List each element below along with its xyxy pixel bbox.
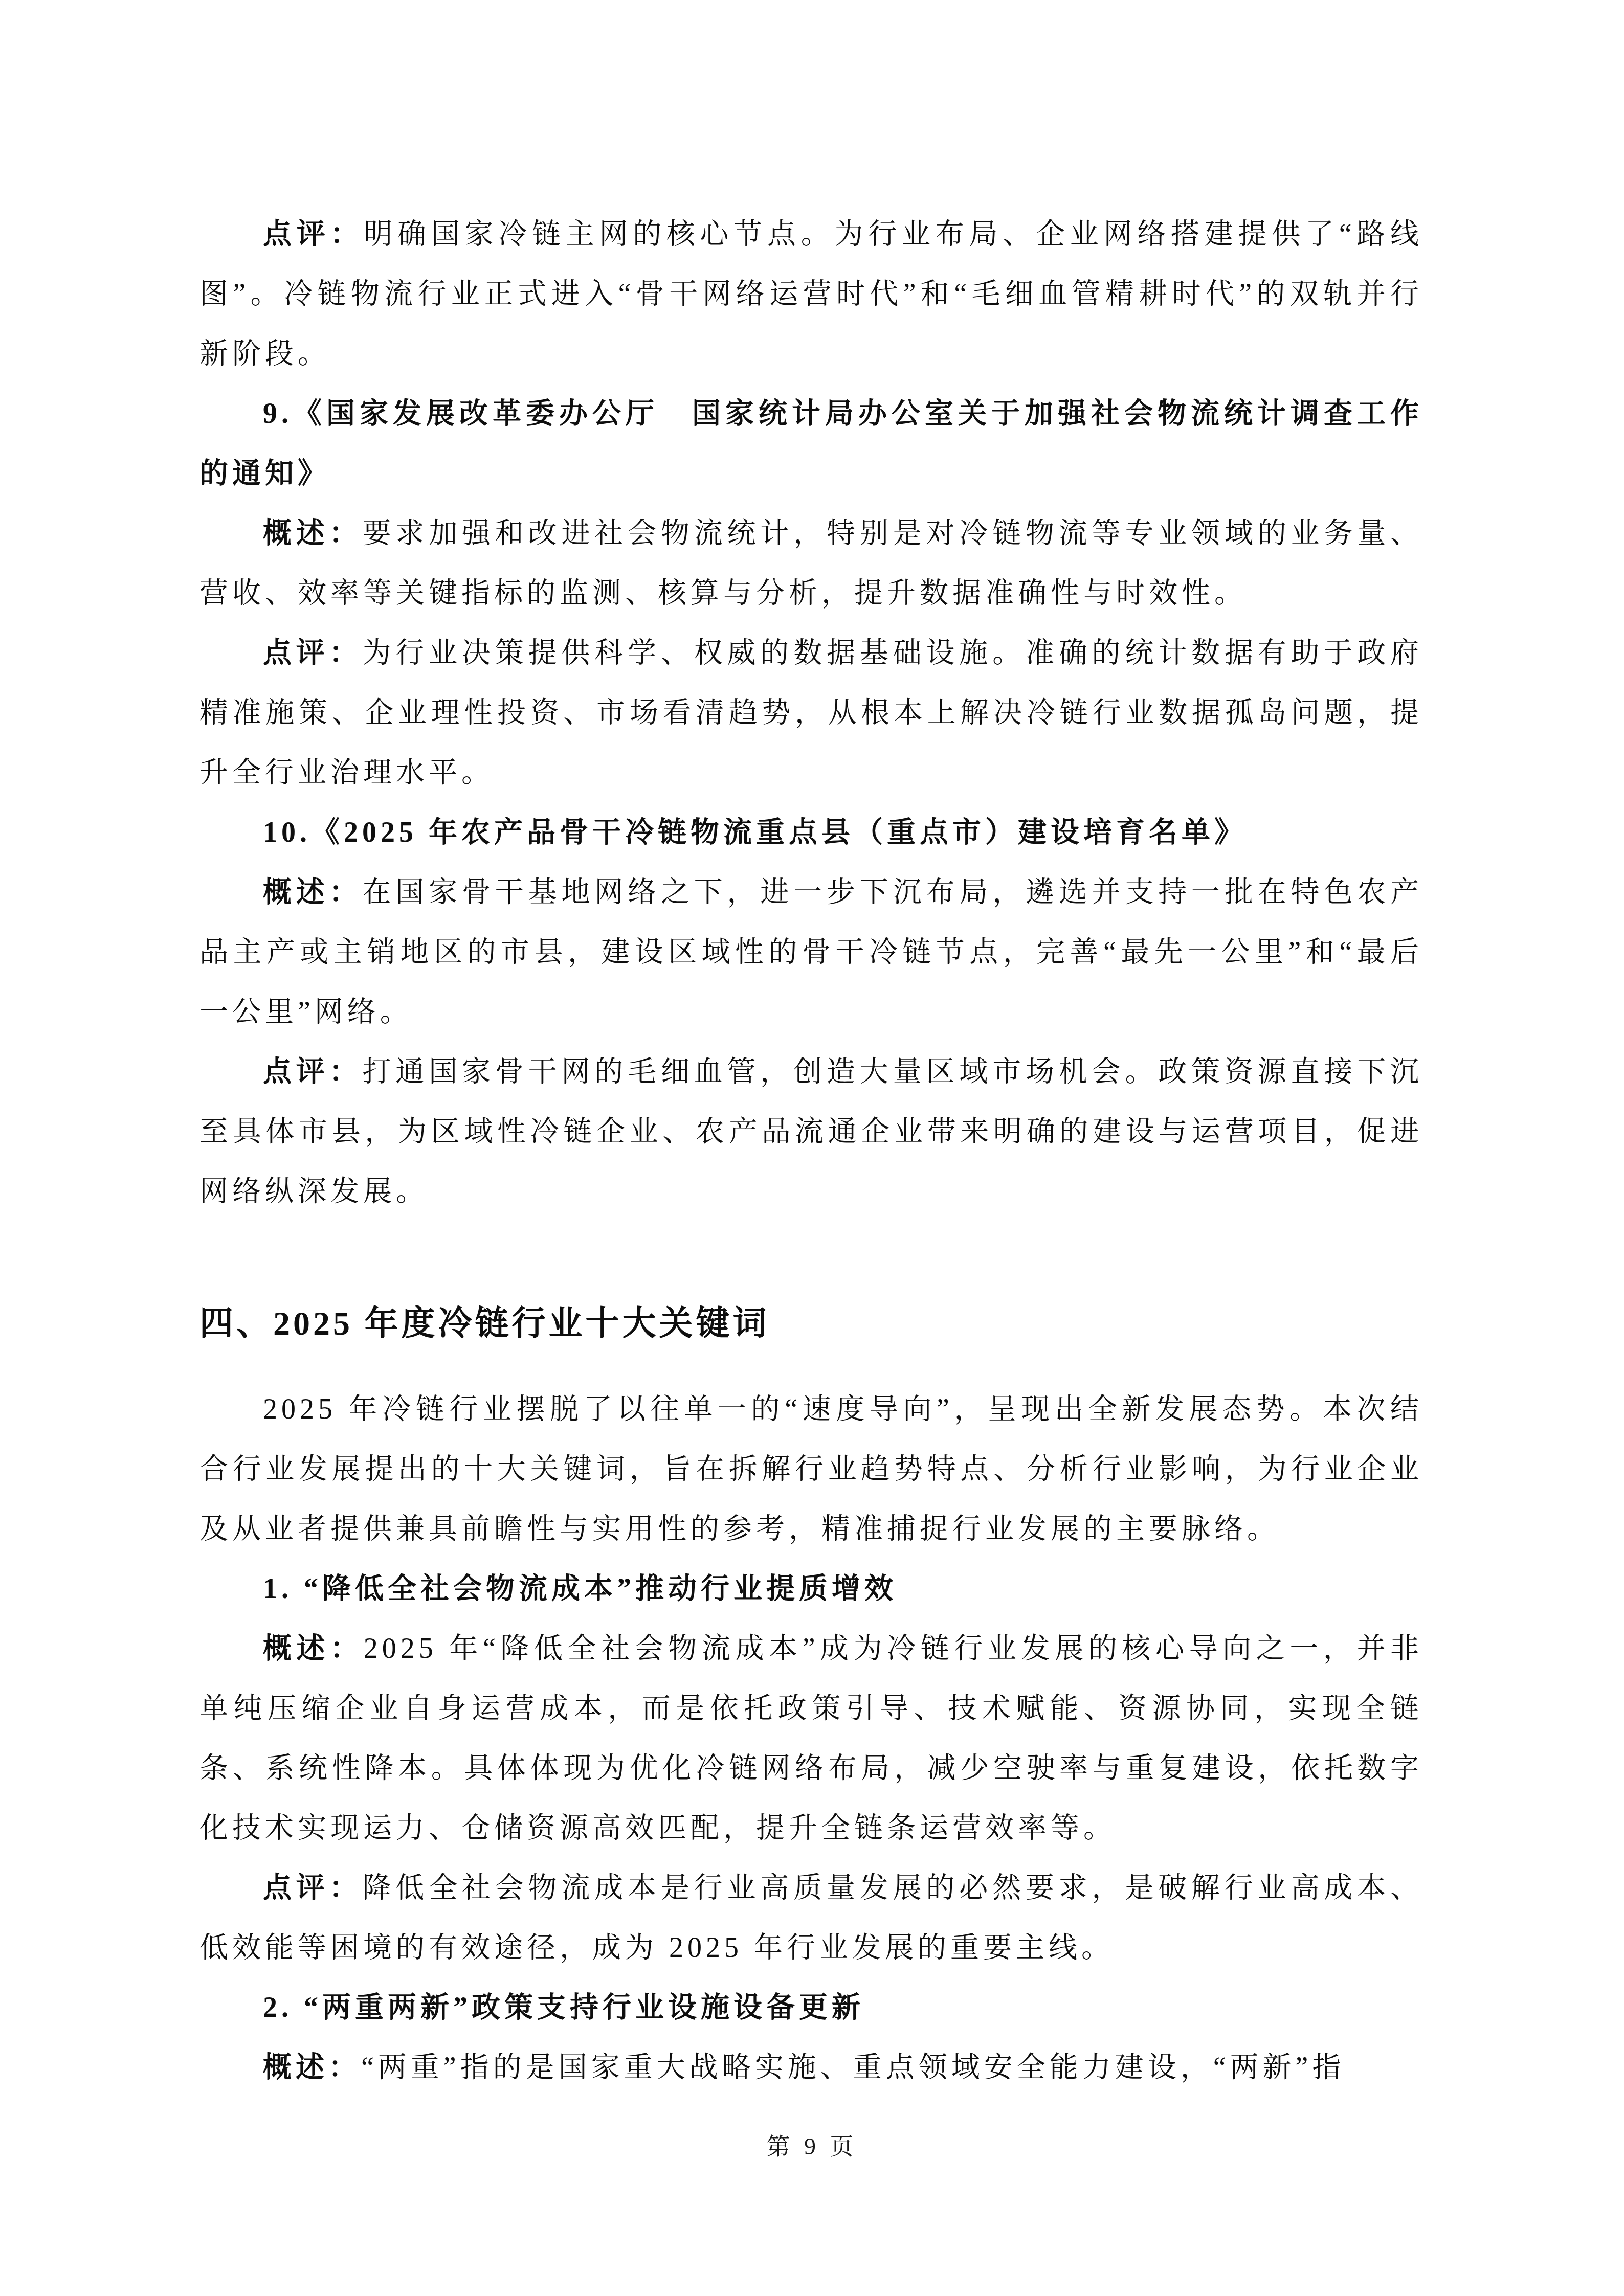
comment-text: 打通国家骨干网的毛细血管，创造大量区域市场机会。政策资源直接下沉至具体市县，为区… bbox=[199, 1056, 1423, 1207]
intro-text: 2025 年冷链行业摆脱了以往单一的“速度导向”，呈现出全新发展态势。本次结合行… bbox=[199, 1393, 1423, 1545]
section-4-heading: 四、2025 年度冷链行业十大关键词 bbox=[199, 1286, 1423, 1362]
overview-paragraph-item10: 概述：在国家骨干基地网络之下，进一步下沉布局，遴选并支持一批在特色农产品主产或主… bbox=[199, 863, 1423, 1042]
overview-text: 在国家骨干基地网络之下，进一步下沉布局，遴选并支持一批在特色农产品主产或主销地区… bbox=[199, 876, 1423, 1028]
overview-label: 概述： bbox=[263, 2052, 361, 2083]
keyword-2-title: 2. “两重两新”政策支持行业设施设备更新 bbox=[199, 1978, 1423, 2038]
comment-label: 点评： bbox=[263, 637, 362, 669]
keyword-title-text: 1. “降低全社会物流成本”推动行业提质增效 bbox=[263, 1573, 897, 1605]
comment-text: 明确国家冷链主网的核心节点。为行业布局、企业网络搭建提供了“路线图”。冷链物流行… bbox=[199, 218, 1423, 370]
document-body: 点评：明确国家冷链主网的核心节点。为行业布局、企业网络搭建提供了“路线图”。冷链… bbox=[199, 205, 1423, 2098]
comment-label: 点评： bbox=[263, 1872, 362, 1904]
comment-text: 为行业决策提供科学、权威的数据基础设施。准确的统计数据有助于政府精准施策、企业理… bbox=[199, 637, 1423, 789]
comment-paragraph-item10: 点评：打通国家骨干网的毛细血管，创造大量区域市场机会。政策资源直接下沉至具体市县… bbox=[199, 1042, 1423, 1222]
overview-paragraph-keyword2: 概述：“两重”指的是国家重大战略实施、重点领域安全能力建设，“两新”指 bbox=[199, 2038, 1423, 2098]
section-4-intro-paragraph: 2025 年冷链行业摆脱了以往单一的“速度导向”，呈现出全新发展态势。本次结合行… bbox=[199, 1380, 1423, 1559]
comment-text: 降低全社会物流成本是行业高质量发展的必然要求，是破解行业高成本、低效能等困境的有… bbox=[199, 1872, 1423, 1964]
overview-paragraph-item9: 概述：要求加强和改进社会物流统计，特别是对冷链物流等专业领域的业务量、营收、效率… bbox=[199, 504, 1423, 623]
policy-item-9-title: 9.《国家发展改革委办公厅 国家统计局办公室关于加强社会物流统计调查工作的通知》 bbox=[199, 384, 1423, 504]
overview-text: “两重”指的是国家重大战略实施、重点领域安全能力建设，“两新”指 bbox=[361, 2052, 1345, 2083]
comment-paragraph-keyword1: 点评：降低全社会物流成本是行业高质量发展的必然要求，是破解行业高成本、低效能等困… bbox=[199, 1858, 1423, 1978]
overview-text: 2025 年“降低全社会物流成本”成为冷链行业发展的核心导向之一，并非单纯压缩企… bbox=[199, 1633, 1423, 1844]
overview-label: 概述： bbox=[263, 1633, 364, 1664]
comment-label: 点评： bbox=[263, 1056, 362, 1088]
overview-text: 要求加强和改进社会物流统计，特别是对冷链物流等专业领域的业务量、营收、效率等关键… bbox=[199, 517, 1423, 609]
overview-label: 概述： bbox=[263, 876, 362, 908]
page-number-footer: 第 9 页 bbox=[0, 2131, 1624, 2162]
comment-label: 点评： bbox=[263, 218, 364, 250]
policy-title-text: 10.《2025 年农产品骨干冷链物流重点县（重点市）建设培育名单》 bbox=[263, 817, 1247, 848]
keyword-title-text: 2. “两重两新”政策支持行业设施设备更新 bbox=[263, 1992, 864, 2023]
comment-paragraph-item8: 点评：明确国家冷链主网的核心节点。为行业布局、企业网络搭建提供了“路线图”。冷链… bbox=[199, 205, 1423, 384]
comment-paragraph-item9: 点评：为行业决策提供科学、权威的数据基础设施。准确的统计数据有助于政府精准施策、… bbox=[199, 623, 1423, 803]
overview-label: 概述： bbox=[263, 517, 362, 549]
policy-item-10-title: 10.《2025 年农产品骨干冷链物流重点县（重点市）建设培育名单》 bbox=[199, 803, 1423, 863]
document-page: 点评：明确国家冷链主网的核心节点。为行业布局、企业网络搭建提供了“路线图”。冷链… bbox=[0, 0, 1624, 2296]
keyword-1-title: 1. “降低全社会物流成本”推动行业提质增效 bbox=[199, 1559, 1423, 1619]
policy-title-text: 9.《国家发展改革委办公厅 国家统计局办公室关于加强社会物流统计调查工作的通知》 bbox=[199, 398, 1423, 489]
overview-paragraph-keyword1: 概述：2025 年“降低全社会物流成本”成为冷链行业发展的核心导向之一，并非单纯… bbox=[199, 1619, 1423, 1858]
